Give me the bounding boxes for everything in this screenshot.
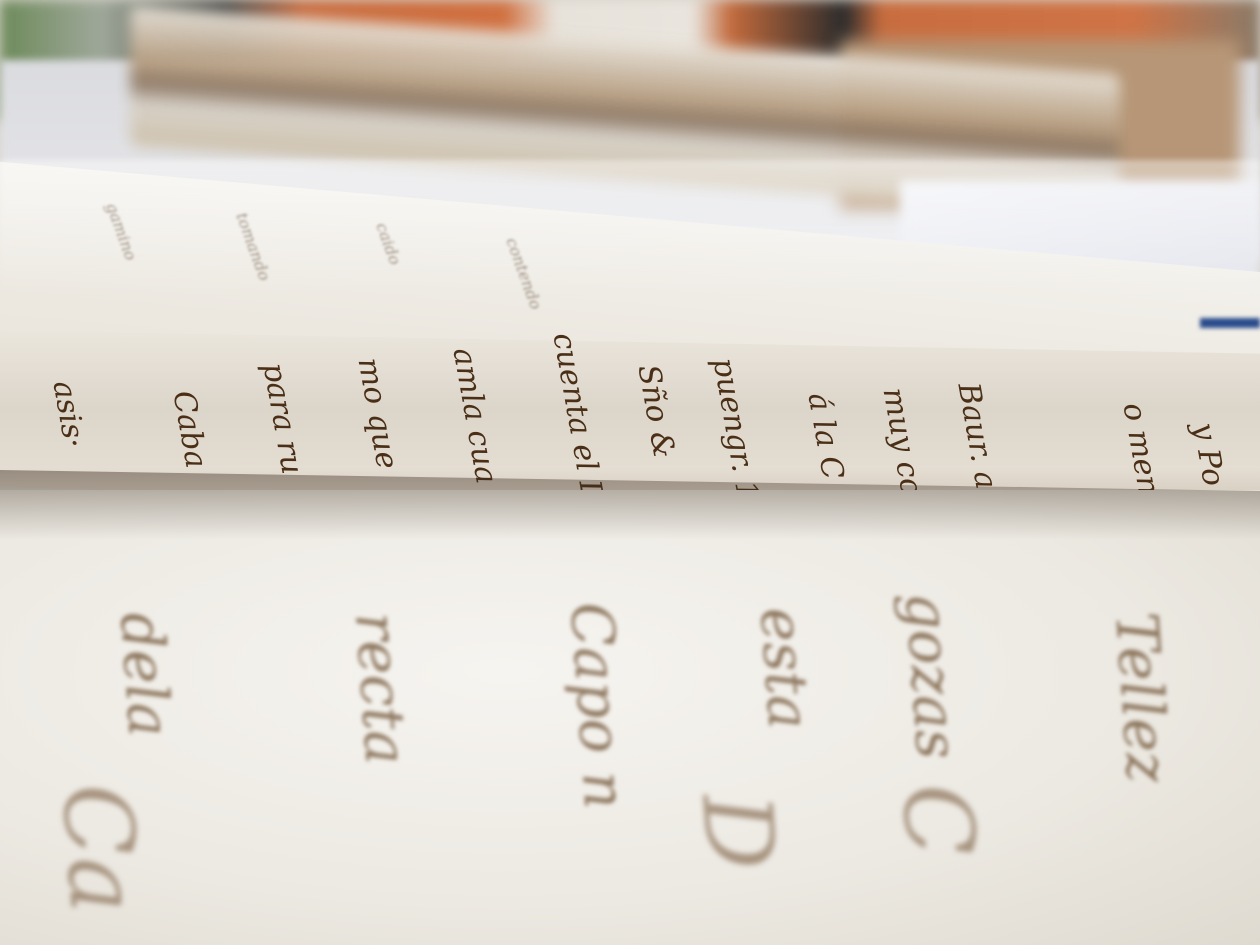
- handwriting-line: dela: [107, 610, 184, 739]
- page-highlight: [0, 160, 1260, 300]
- handwriting-line: C: [880, 780, 995, 860]
- handwriting-line: esta: [747, 605, 823, 731]
- handwriting-line: D: [680, 790, 795, 874]
- blue-folder-edge: [1200, 318, 1260, 328]
- manuscript-photo: gamino tomando caido contendo asis· Caba…: [0, 0, 1260, 945]
- handwriting-line: Capo n: [557, 600, 639, 811]
- handwriting-line: recta: [342, 610, 420, 767]
- handwriting-line: Ca: [40, 780, 159, 917]
- handwriting-line: Tellez: [1102, 610, 1182, 785]
- handwriting-line: gozas: [892, 590, 971, 761]
